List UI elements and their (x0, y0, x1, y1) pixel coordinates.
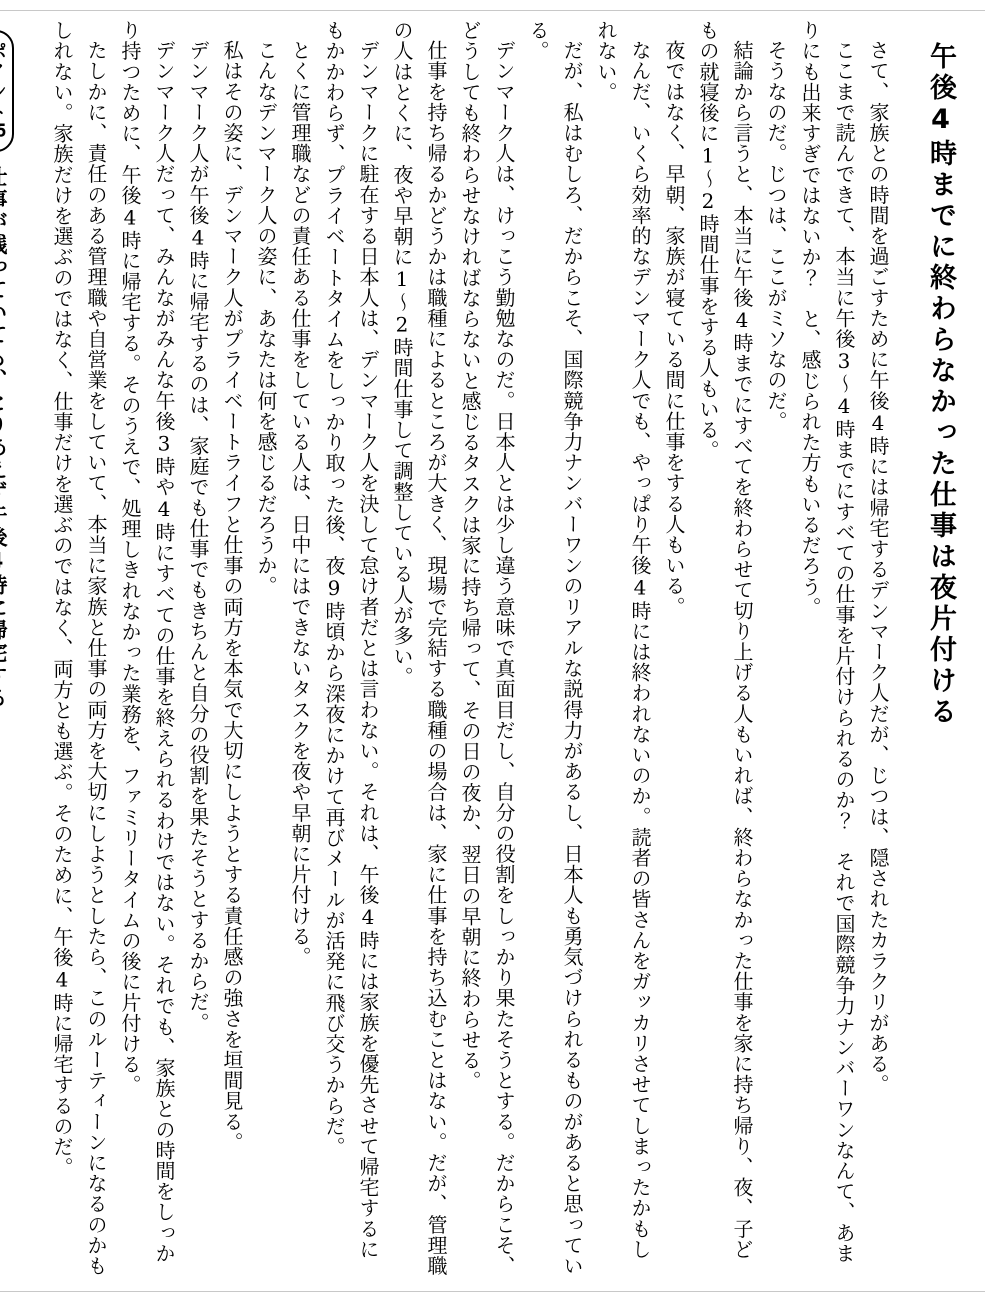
paragraph: デンマーク人だって、みんながみんな午後3時や4時にすべての仕事を終えられるわけで… (113, 20, 181, 1279)
paragraph: さて、家族との時間を過ごすために午後4時には帰宅するデンマーク人だが、じつは、隠… (861, 20, 895, 1279)
paragraph: デンマーク人が午後4時に帰宅するのは、家庭でも仕事でもきちんと自分の役割を果たそ… (181, 20, 215, 1279)
page-top-rule (0, 10, 985, 11)
paragraph: デンマークに駐在する日本人は、デンマーク人を決して怠け者だとは言わない。それは、… (317, 20, 385, 1279)
paragraph: 結論から言うと、本当に午後4時までにすべてを終わらせて切り上げる人もいれば、終わ… (691, 20, 759, 1279)
point-badge: ポイント25 (0, 30, 14, 152)
paragraph: 仕事を持ち帰るかどうかは職種によるところが大きく、現場で完結する職種の場合は、家… (385, 20, 453, 1279)
point-text: 仕事が残っていても、とりあえず午後4時に帰宅する (0, 166, 8, 709)
paragraph: 私はその姿に、デンマーク人がプライベートライフと仕事の両方を本気で大切にしようと… (215, 20, 249, 1279)
paragraph: だが、私はむしろ、だからこそ、国際競争力ナンバーワンのリアルな説得力があるし、日… (521, 20, 589, 1279)
paragraph: たしかに、責任のある管理職や自営業をしていて、本当に家族と仕事の両方を大切にしよ… (45, 20, 113, 1279)
chapter-title: 午後4時までに終わらなかった仕事は夜片付ける (921, 20, 959, 1279)
paragraph: なんだ、いくら効率的なデンマーク人でも、やっぱり午後4時には終われないのか。読者… (589, 20, 657, 1279)
page-content: 午後4時までに終わらなかった仕事は夜片付ける さて、家族との時間を過ごすために午… (14, 20, 959, 1279)
point-section: ポイント25仕事が残っていても、とりあえず午後4時に帰宅する (0, 20, 19, 1279)
point-badge-label: ポイント (0, 42, 7, 122)
paragraph: デンマーク人は、けっこう勤勉なのだ。日本人とは少し違う意味で真面目だし、自分の役… (453, 20, 521, 1279)
paragraph: ここまで読んできて、本当に午後3～4時までにすべての仕事を片付けられるのか？ そ… (793, 20, 861, 1279)
body-text: さて、家族との時間を過ごすために午後4時には帰宅するデンマーク人だが、じつは、隠… (45, 20, 895, 1279)
paragraph: こんなデンマーク人の姿に、あなたは何を感じるだろうか。 (249, 20, 283, 1279)
paragraph: そうなのだ。じつは、ここがミソなのだ。 (759, 20, 793, 1279)
book-page: 午後4時までに終わらなかった仕事は夜片付ける さて、家族との時間を過ごすために午… (0, 0, 985, 1301)
page-bottom-rule (0, 1291, 985, 1292)
paragraph: 夜ではなく、早朝、家族が寝ている間に仕事をする人もいる。 (657, 20, 691, 1279)
paragraph: とくに管理職などの責任ある仕事をしている人は、日中にはできないタスクを夜や早朝に… (283, 20, 317, 1279)
point-badge-number: 25 (0, 122, 7, 140)
